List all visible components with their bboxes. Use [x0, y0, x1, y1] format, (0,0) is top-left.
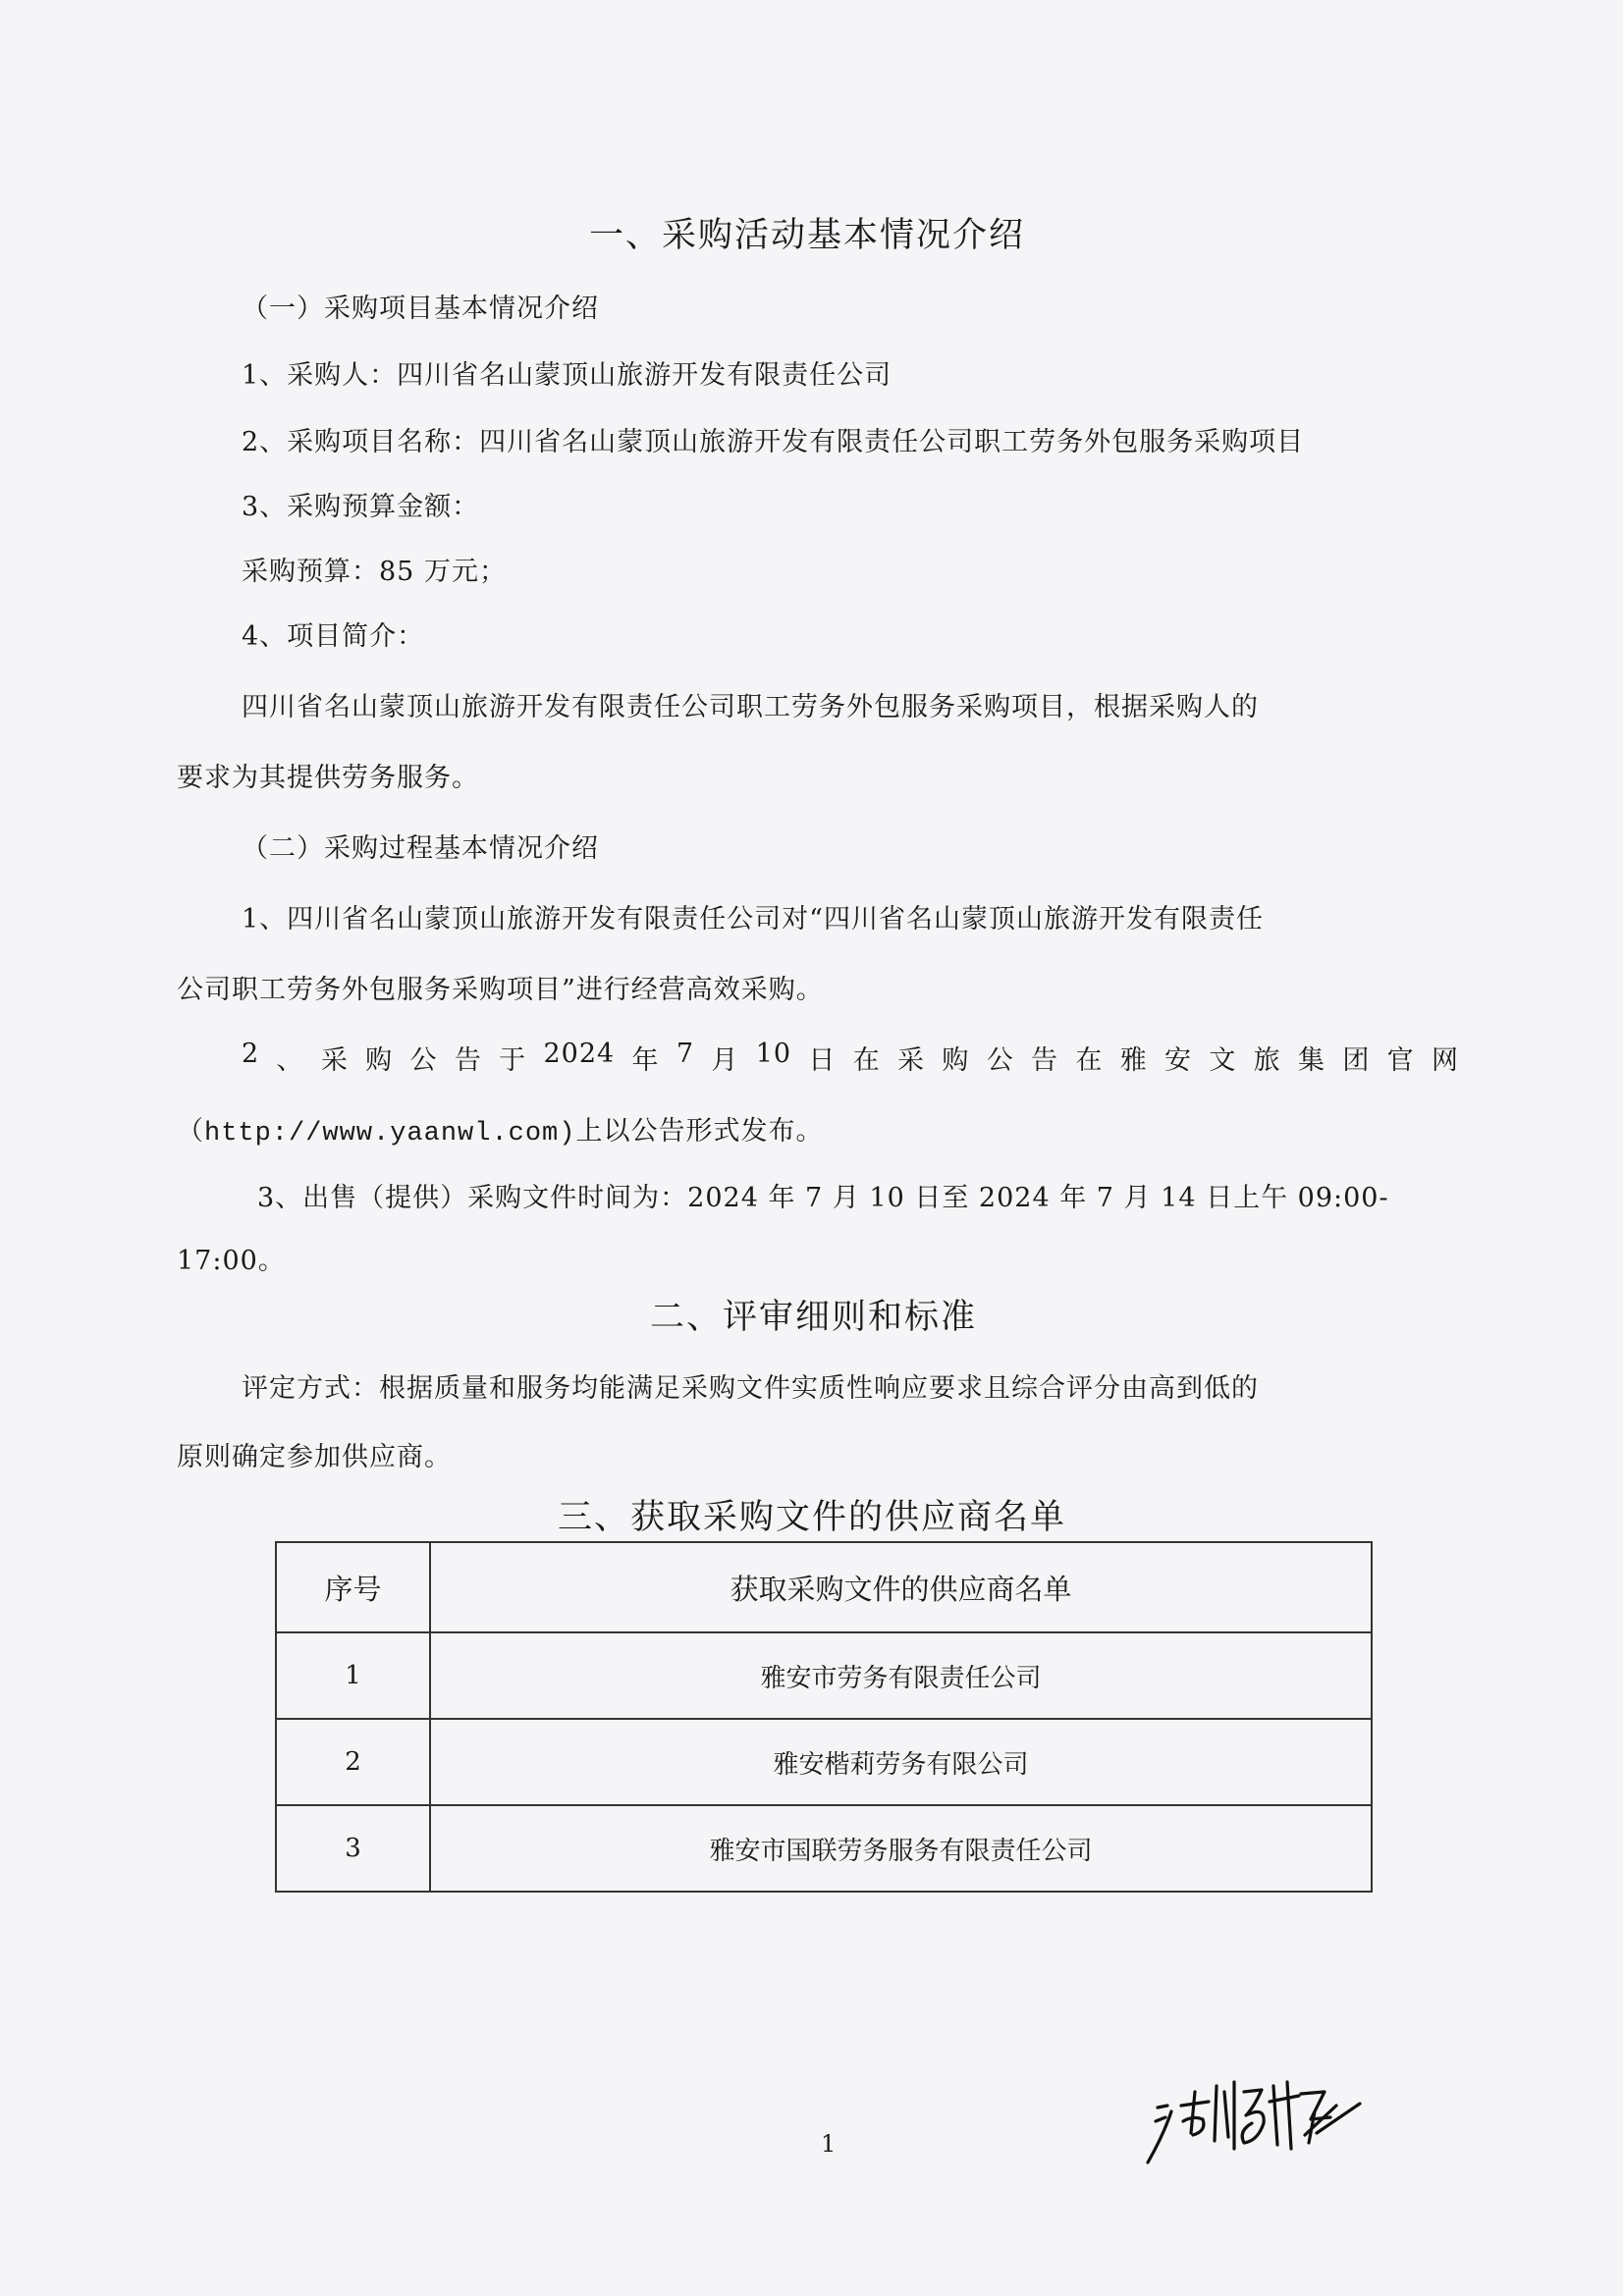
- intro-line1: 四川省名山蒙顶山旅游开发有限责任公司职工劳务外包服务采购项目，根据采购人的: [242, 685, 1259, 723]
- row-no: 2: [276, 1719, 430, 1805]
- process-item3-line2: 17:00。: [177, 1239, 286, 1277]
- intro-line2: 要求为其提供劳务服务。: [177, 756, 479, 794]
- section1-title: 一、采购活动基本情况介绍: [589, 208, 1025, 257]
- sub1-title: （一）采购项目基本情况介绍: [242, 287, 599, 325]
- document-page: 一、采购活动基本情况介绍 （一）采购项目基本情况介绍 1、采购人：四川省名山蒙顶…: [0, 0, 1623, 2296]
- budget-label: 3、采购预算金额：: [242, 485, 479, 523]
- budget-value: 采购预算：85 万元；: [242, 550, 507, 588]
- table-row: 1 雅安市劳务有限责任公司: [276, 1632, 1372, 1719]
- process-item1-line1: 1、四川省名山蒙顶山旅游开发有限责任公司对“四川省名山蒙顶山旅游开发有限责任: [242, 897, 1264, 935]
- purchaser-line: 1、采购人：四川省名山蒙顶山旅游开发有限责任公司: [242, 353, 892, 392]
- section3-title: 三、获取采购文件的供应商名单: [558, 1490, 1066, 1539]
- supplier-table: 序号 获取采购文件的供应商名单 1 雅安市劳务有限责任公司 2 雅安楷莉劳务有限…: [275, 1541, 1373, 1893]
- row-supplier: 雅安楷莉劳务有限公司: [430, 1719, 1372, 1805]
- row-no: 1: [276, 1632, 430, 1719]
- process-item3-line1: 3、出售（提供）采购文件时间为：2024 年 7 月 10 日至 2024 年 …: [257, 1176, 1389, 1214]
- process-item1-line2: 公司职工劳务外包服务采购项目”进行经营高效采购。: [177, 968, 824, 1006]
- page-number: 1: [821, 2130, 836, 2158]
- header-supplier: 获取采购文件的供应商名单: [430, 1542, 1372, 1632]
- website-url[interactable]: （http://www.yaanwl.com): [177, 1119, 575, 1148]
- row-supplier: 雅安市劳务有限责任公司: [430, 1632, 1372, 1719]
- evaluation-line2: 原则确定参加供应商。: [177, 1435, 452, 1473]
- project-name-line: 2、采购项目名称：四川省名山蒙顶山旅游开发有限责任公司职工劳务外包服务采购项目: [242, 420, 1304, 458]
- table-row: 2 雅安楷莉劳务有限公司: [276, 1719, 1372, 1805]
- section2-title: 二、评审细则和标准: [650, 1290, 977, 1339]
- handwritten-signature-icon: [1144, 2047, 1380, 2164]
- evaluation-line1: 评定方式：根据质量和服务均能满足采购文件实质性响应要求且综合评分由高到低的: [242, 1366, 1259, 1405]
- intro-label: 4、项目简介：: [242, 614, 424, 653]
- process-item2-line1: 2 、 采 购 公 告 于 2024 年 7 月 10 日 在 采 购 公 告 …: [242, 1039, 1459, 1077]
- header-no: 序号: [276, 1542, 430, 1632]
- row-supplier: 雅安市国联劳务服务有限责任公司: [430, 1805, 1372, 1892]
- process-item2-line2: （http://www.yaanwl.com)上以公告形式发布。: [177, 1109, 823, 1148]
- table-header-row: 序号 获取采购文件的供应商名单: [276, 1542, 1372, 1632]
- row-no: 3: [276, 1805, 430, 1892]
- table-row: 3 雅安市国联劳务服务有限责任公司: [276, 1805, 1372, 1892]
- sub2-title: （二）采购过程基本情况介绍: [242, 827, 599, 865]
